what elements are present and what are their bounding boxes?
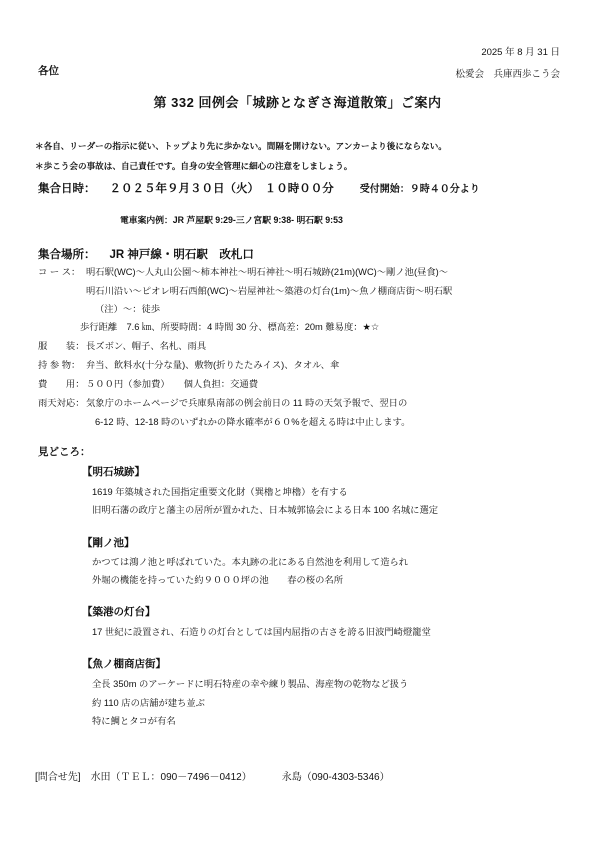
document-page: 2025 年 8 月 31 日 各位 松愛会 兵庫西歩こう会 第 332 回例会… bbox=[0, 0, 595, 841]
meeting-datetime-line: 集合日時：２０２５年９月３０日（火） １０時００分受付開始：９時４０分より bbox=[38, 180, 480, 196]
caution-note-1: ＊各自、リーダーの指示に従い、トップより先に歩かない。間隔を開けない。アンカーよ… bbox=[35, 140, 447, 152]
document-title: 第 332 回例会「城跡となぎさ海道散策」ご案内 bbox=[0, 92, 595, 111]
document-date: 2025 年 8 月 31 日 bbox=[481, 44, 560, 58]
fee-line: 費 用：５００円（参加費） 個人負担：交通費 bbox=[38, 376, 258, 390]
meeting-place-label: 集合場所： bbox=[38, 249, 96, 261]
highlight-line: 旧明石藩の政庁と藩主の居所が置かれた、日本城郭協会による日本 100 名城に選定 bbox=[92, 502, 438, 516]
train-guide: 電車案内例：JR 芦屋駅 9:29-三ノ宮駅 9:38- 明石駅 9:53 bbox=[120, 213, 343, 226]
highlight-line: 特に鯛とタコが有名 bbox=[92, 713, 176, 727]
course-label: コ ー ス： bbox=[38, 264, 80, 278]
highlight-title-akashi-castle: 【明石城跡】 bbox=[82, 464, 145, 479]
highlight-line: 約 110 店の店舗が建ち並ぶ bbox=[92, 695, 205, 709]
highlight-title-uonotana: 【魚ノ棚商店街】 bbox=[82, 656, 166, 671]
meeting-place-line: 集合場所：JR 神戸線・明石駅 改札口 bbox=[38, 246, 254, 262]
contact-person-2: 永島（090-4303-5346） bbox=[282, 772, 390, 783]
contact-label: [問合せ先] bbox=[35, 772, 81, 783]
caution-note-2: ＊歩こう会の事故は、自己責任です。自身の安全管理に細心の注意をしましょう。 bbox=[35, 160, 352, 172]
contact-line: [問合せ先]水田（ＴＥＬ：090－7496－0412）永島（090-4303-5… bbox=[35, 768, 390, 783]
meeting-datetime-value: ２０２５年９月３０日（火） １０時００分 bbox=[110, 183, 334, 195]
contact-person-1: 水田（ＴＥＬ：090－7496－0412） bbox=[91, 772, 252, 783]
salutation: 各位 bbox=[38, 63, 59, 78]
highlight-title-gonoike: 【剛ノ池】 bbox=[82, 535, 135, 550]
course-line-1: 明石駅(WC)～人丸山公園～柿本神社～明石神社～明石城跡(21m)(WC)～剛ノ… bbox=[86, 264, 448, 278]
clothes-value: 長ズボン、帽子、名札、雨具 bbox=[86, 341, 206, 351]
reception-start: 受付開始：９時４０分より bbox=[360, 184, 480, 195]
organization-name: 松愛会 兵庫西歩こう会 bbox=[455, 66, 560, 80]
bring-value: 弁当、飲料水(十分な量)、敷物(折りたたみイス)、タオル、傘 bbox=[86, 360, 339, 370]
highlights-heading: 見どころ： bbox=[38, 444, 91, 459]
highlight-line: 1619 年築城された国指定重要文化財（巽櫓と坤櫓）を有する bbox=[92, 484, 348, 498]
bring-line: 持 参 物：弁当、飲料水(十分な量)、敷物(折りたたみイス)、タオル、傘 bbox=[38, 357, 339, 371]
highlight-title-lighthouse: 【築港の灯台】 bbox=[82, 604, 156, 619]
highlight-line: 全長 350m のアーケードに明石特産の幸や練り製品、海産物の乾物など扱う bbox=[92, 676, 408, 690]
highlight-line: 17 世紀に設置され、石造りの灯台としては国内屈指の古さを誇る旧波門崎燈籠堂 bbox=[92, 624, 431, 638]
highlight-line: かつては鴻ノ池と呼ばれていた。本丸跡の北にある自然池を利用して造られ bbox=[92, 554, 408, 568]
rain-value: 気象庁のホームページで兵庫県南部の例会前日の 11 時の天気予報で、翌日の bbox=[86, 398, 407, 408]
highlight-line: 外堀の機能を持っていた約９０００坪の池 春の桜の名所 bbox=[92, 572, 343, 586]
fee-value: ５００円（参加費） 個人負担：交通費 bbox=[86, 379, 258, 389]
rain-label: 雨天対応： bbox=[38, 395, 86, 409]
meeting-datetime-label: 集合日時： bbox=[38, 183, 96, 195]
fee-label: 費 用： bbox=[38, 376, 86, 390]
clothes-label: 服 装： bbox=[38, 338, 86, 352]
rain-policy-line-1: 雨天対応：気象庁のホームページで兵庫県南部の例会前日の 11 時の天気予報で、翌… bbox=[38, 395, 407, 409]
clothes-line: 服 装：長ズボン、帽子、名札、雨具 bbox=[38, 338, 206, 352]
course-line-2: 明石川沿い～ピオレ明石西館(WC)～岩屋神社～築港の灯台(1m)～魚ノ棚商店街～… bbox=[86, 283, 452, 297]
rain-policy-line-2: 6-12 時、12-18 時のいずれかの降水確率が６０%を超える時は中止します。 bbox=[95, 414, 410, 428]
meeting-place-value: JR 神戸線・明石駅 改札口 bbox=[110, 249, 254, 261]
bring-label: 持 参 物： bbox=[38, 357, 86, 371]
course-note: （注）～：徒歩 bbox=[95, 301, 160, 315]
course-stats: 歩行距離 7.6 ㎞、所要時間：4 時間 30 分、標高差：20m 難易度：★☆ bbox=[80, 319, 379, 333]
